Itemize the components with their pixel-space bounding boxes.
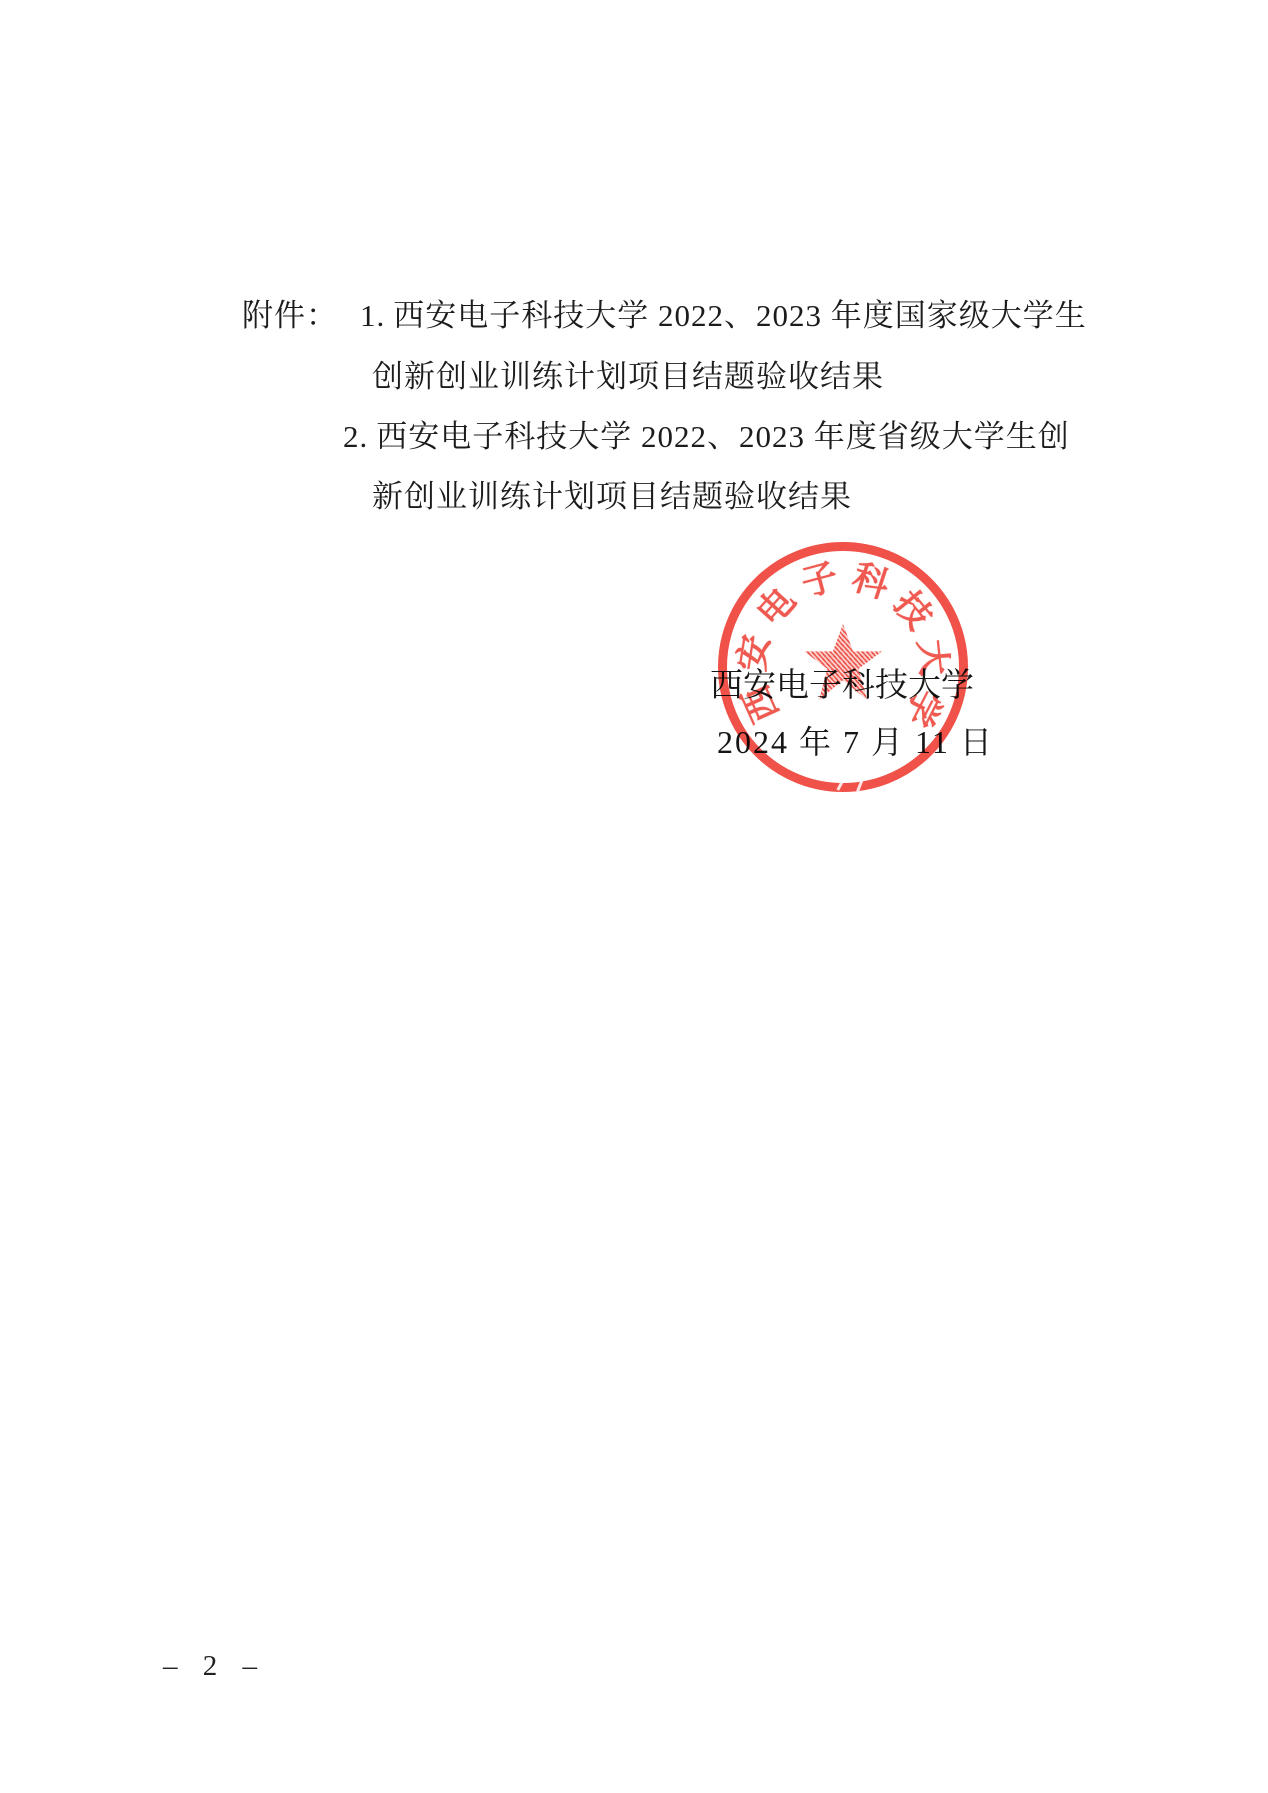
seal-char: 技: [886, 579, 945, 638]
attachment-line-1: 附件：1.西安电子科技大学 2022、2023 年度国家级大学生: [242, 296, 1087, 336]
attachment-line-3: 2.西安电子科技大学 2022、2023 年度省级大学生创: [343, 417, 1070, 457]
seal-texture-slash: [836, 775, 846, 791]
document-page: 附件：1.西安电子科技大学 2022、2023 年度国家级大学生 创新创业训练计…: [0, 0, 1268, 1793]
attachment-item-1-text: 西安电子科技大学 2022、2023 年度国家级大学生: [393, 298, 1087, 333]
attachment-item-1-text-cont: 创新创业训练计划项目结题验收结果: [372, 359, 884, 394]
attachment-line-2: 创新创业训练计划项目结题验收结果: [372, 357, 884, 397]
page-number: – 2 –: [163, 1650, 266, 1683]
signature-organization: 西安电子科技大学: [710, 659, 974, 706]
seal-texture-slash: [856, 776, 865, 792]
attachment-item-2-text: 西安电子科技大学 2022、2023 年度省级大学生创: [376, 419, 1070, 454]
seal-char: 电: [744, 575, 803, 634]
attachment-item-2-text-cont: 新创业训练计划项目结题验收结果: [372, 479, 852, 514]
signature-date: 2024 年 7 月 11 日: [717, 717, 994, 763]
attachment-item-1-number: 1.: [360, 298, 385, 333]
attachment-item-2-number: 2.: [343, 419, 368, 454]
attachment-label: 附件：: [242, 298, 338, 333]
seal-char: 子: [793, 551, 844, 602]
attachment-line-4: 新创业训练计划项目结题验收结果: [372, 477, 852, 517]
seal-char: 科: [845, 552, 898, 605]
